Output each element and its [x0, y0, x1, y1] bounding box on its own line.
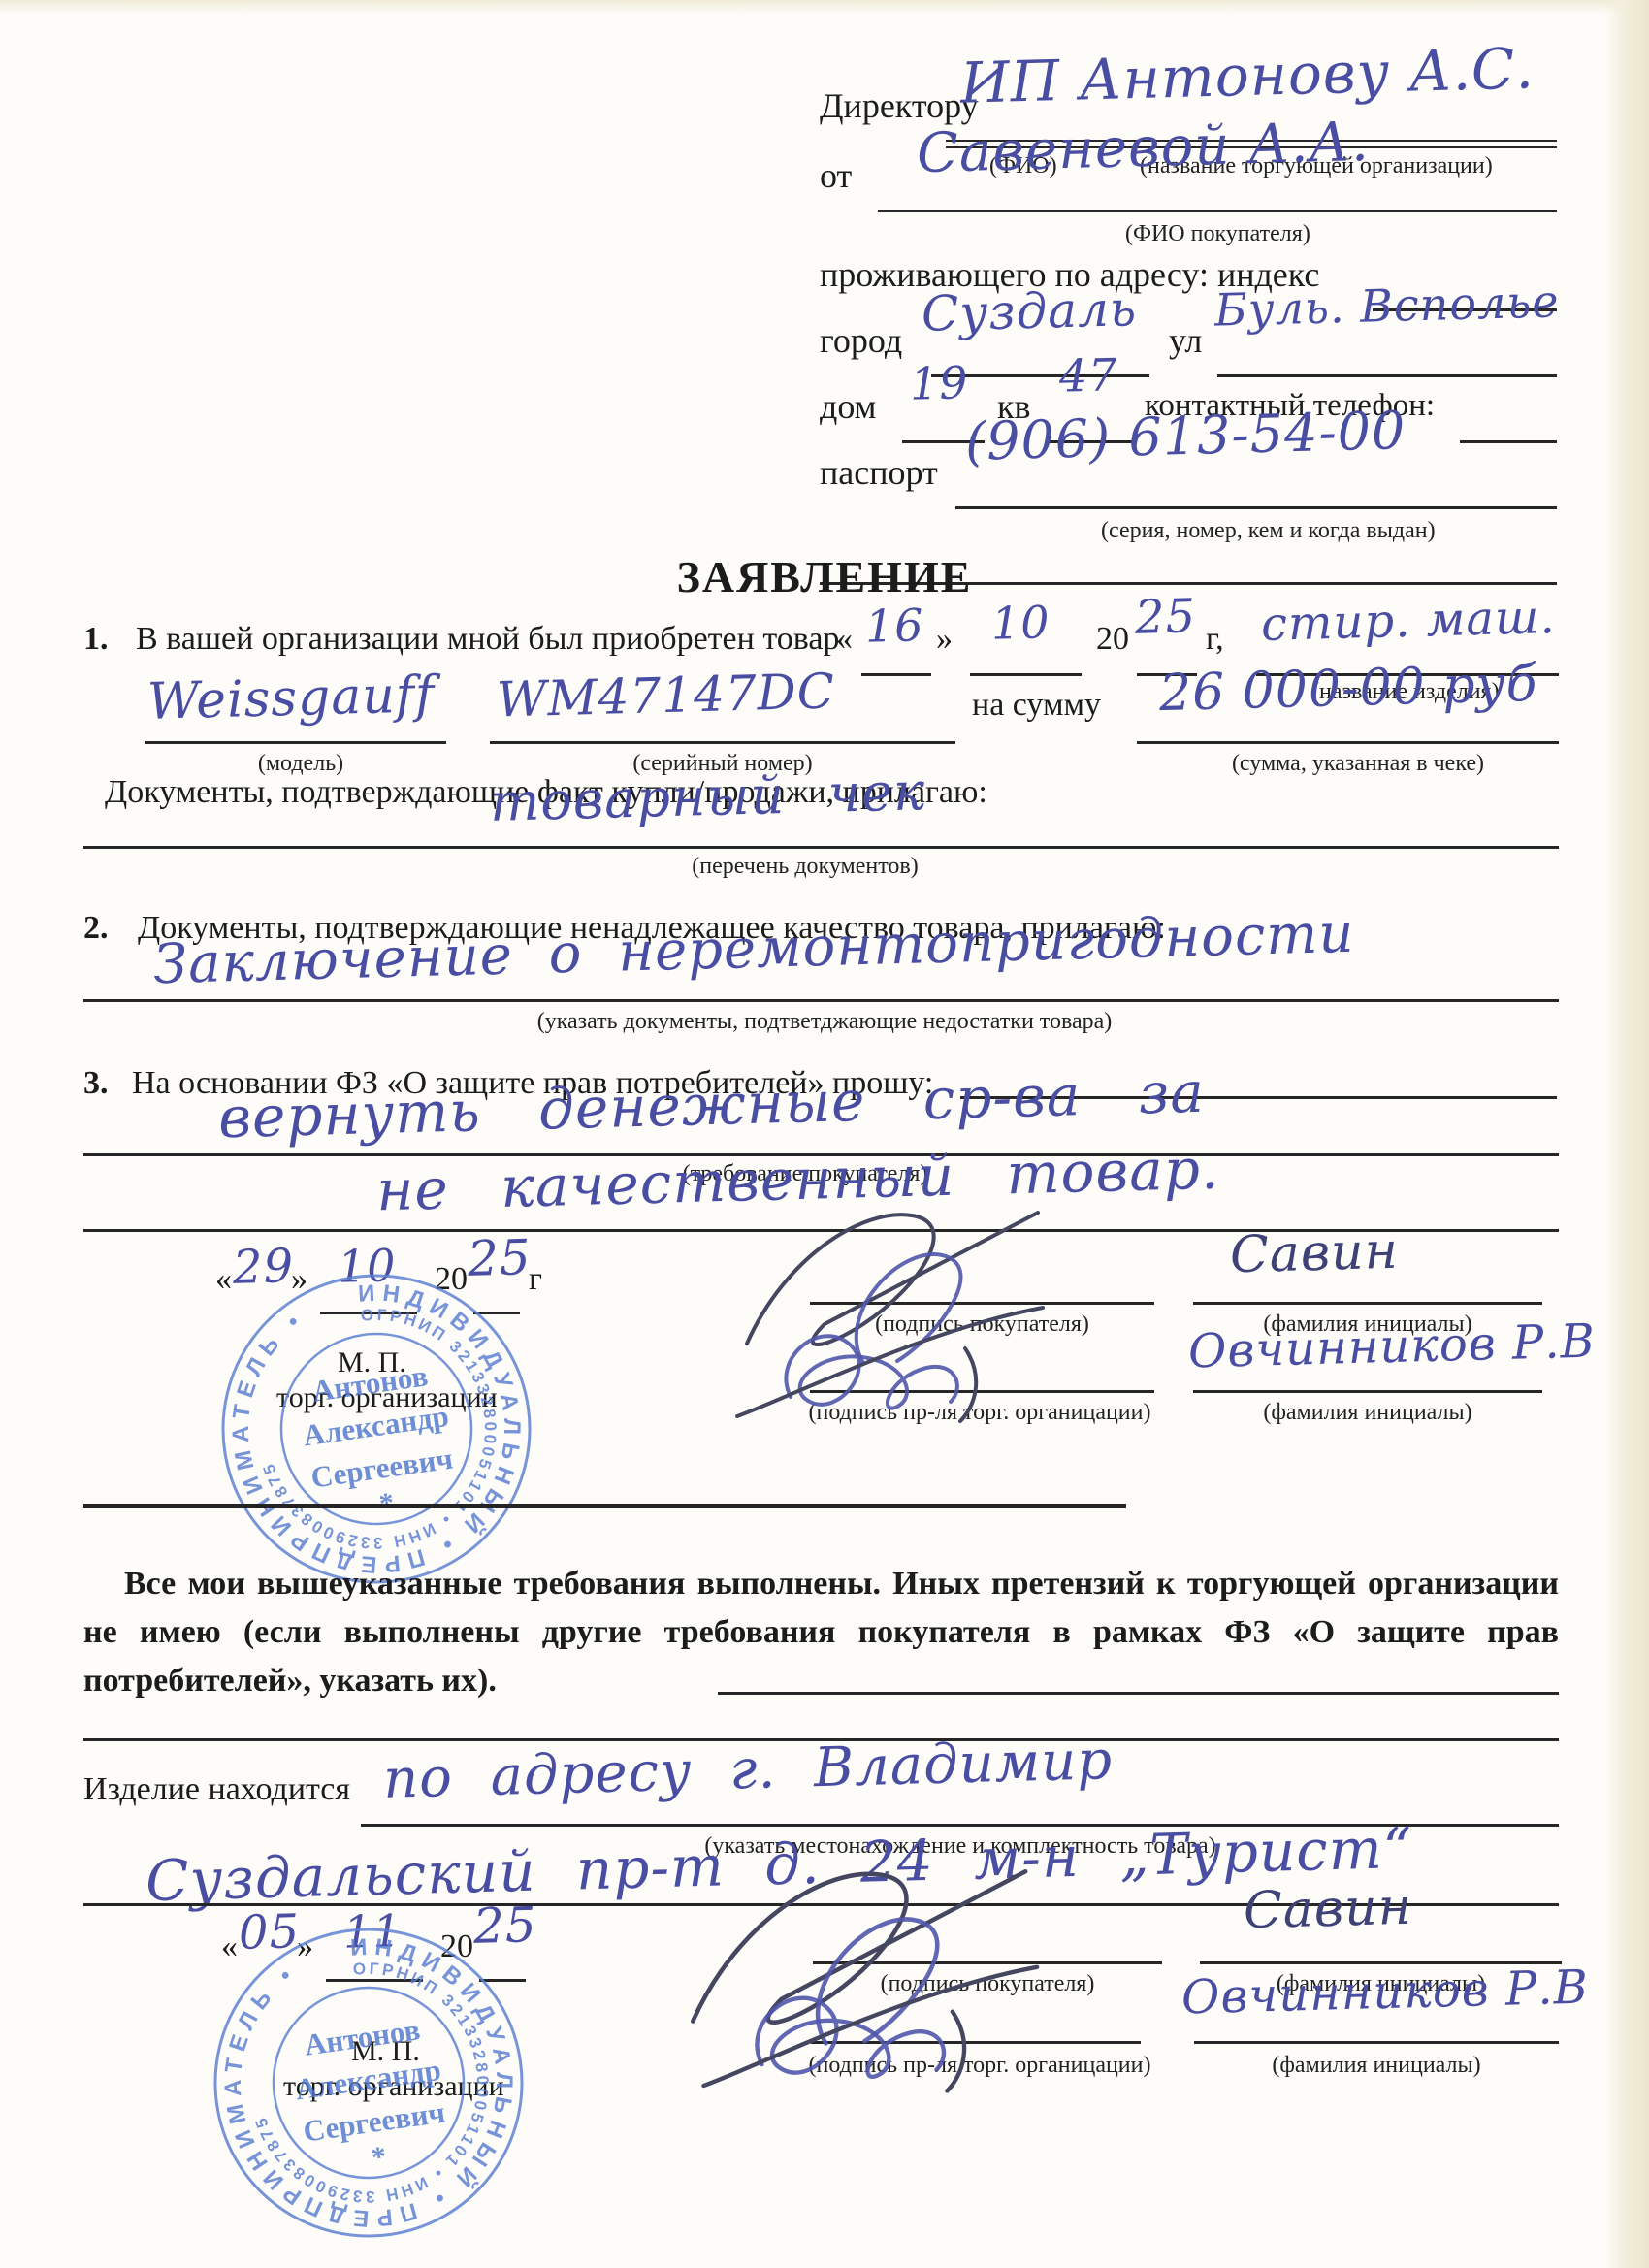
scanned-claim-form: Директору ИП Антонову А.С. (ФИО) (назван…	[0, 0, 1649, 2268]
closing-paragraph: Все мои вышеуказанные требования выполне…	[83, 1560, 1559, 1705]
scan-edge-right	[1604, 0, 1649, 2268]
sign1-year-suffix: г	[529, 1261, 542, 1298]
handwritten-sign1-seller-fam: Овчинников Р.В	[1187, 1314, 1596, 1379]
handwritten-apt: 47	[1058, 348, 1118, 403]
stamp-name-3: Сергеевич	[301, 2095, 446, 2149]
handwritten-day: 16	[864, 599, 924, 653]
passport-sub-label: (серия, номер, кем и когда выдан)	[1101, 518, 1436, 544]
item1-quote-open: «	[836, 621, 853, 658]
model-underline	[145, 741, 446, 744]
stamp-star: *	[370, 2140, 388, 2174]
director-label: Директору	[820, 85, 979, 126]
handwritten-sign1-buyer-fam: Савин	[1229, 1222, 1399, 1285]
from-underline	[878, 210, 1557, 212]
org-stamp-1: ИНДИВИДУАЛЬНЫЙ • ПРЕДПРИНИМАТЕЛЬ • ОГРНИ…	[196, 1248, 558, 1610]
month-underline	[970, 673, 1082, 676]
handwritten-street: Буль. Всполье	[1213, 275, 1560, 336]
stamp-name-1: Антонов	[303, 2012, 423, 2061]
stamp-name-3: Сергеевич	[308, 1442, 454, 1495]
item1-year-prefix: 20	[1096, 621, 1129, 658]
handwritten-sign2-seller-fam: Овчинников Р.В	[1180, 1960, 1589, 2025]
handwritten-phone-number: (906) 613-54-00	[964, 400, 1406, 472]
org-stamp-2: ИНДИВИДУАЛЬНЫЙ • ПРЕДПРИНИМАТЕЛЬ • ОГРНИ…	[188, 1902, 550, 2264]
phone-underline	[1460, 440, 1557, 443]
item2-number: 2.	[83, 910, 109, 947]
handwritten-director: ИП Антонову А.С.	[959, 35, 1535, 115]
passport-underline	[955, 506, 1557, 509]
handwritten-house: 19	[909, 356, 969, 410]
sign2-seller-fam-sub: (фамилия инициалы)	[1194, 2053, 1559, 2079]
model-sub-label: (модель)	[194, 751, 407, 777]
handwritten-year: 25	[1134, 589, 1197, 645]
day-underline	[861, 673, 931, 676]
handwritten-city: Суздаль	[921, 280, 1138, 342]
sign1-seller-fam-sub: (фамилия инициалы)	[1193, 1400, 1542, 1426]
handwritten-product: стир. маш.	[1260, 590, 1556, 652]
city-label: город	[820, 320, 902, 361]
item2-sub-label: (указать документы, подтветджающие недос…	[485, 1009, 1164, 1035]
item1-text: В вашей организации мной был приобретен …	[136, 621, 839, 658]
from-label: от	[820, 155, 852, 196]
buyer-fio-sub-label: (ФИО покупателя)	[1125, 221, 1310, 247]
handwritten-model: Weissgauff	[146, 665, 436, 731]
handwritten-sign2-buyer-fam: Савин	[1243, 1878, 1412, 1941]
street-underline	[1217, 374, 1557, 377]
passport-label: паспорт	[820, 452, 938, 493]
location-label: Изделие находится	[83, 1771, 350, 1808]
sign1-buyer-fam-underline	[1193, 1302, 1542, 1305]
item2-underline	[83, 999, 1559, 1002]
sum-label: на сумму	[972, 687, 1101, 724]
item1-number: 1.	[83, 621, 109, 658]
docs-underline	[83, 846, 1559, 849]
handwritten-docs: товарный чек	[489, 761, 926, 833]
sum-underline	[1137, 741, 1559, 744]
scan-edge-top	[0, 0, 1649, 14]
closing-underline-1	[718, 1692, 1559, 1695]
docs-sub-label: (перечень документов)	[601, 854, 1009, 880]
sign2-seller-fam-underline	[1194, 2041, 1559, 2044]
section-divider	[83, 1504, 1126, 1508]
sign1-seller-fam-underline	[1193, 1390, 1542, 1393]
handwritten-sum: 26 000-00 руб	[1158, 655, 1538, 723]
house-label: дом	[820, 386, 876, 427]
item1-quote-close: »	[936, 621, 953, 658]
handwritten-buyer-name: Савеневой А.А.	[916, 111, 1370, 185]
item1-year-suffix: г,	[1206, 621, 1224, 658]
street-label: ул	[1169, 320, 1202, 361]
handwritten-month: 10	[990, 596, 1051, 650]
sum-sub-label: (сумма, указанная в чеке)	[1154, 751, 1562, 777]
seller-signature-2	[698, 1945, 1048, 2110]
handwritten-serial: WM47147DC	[496, 663, 835, 728]
item3-number: 3.	[83, 1065, 109, 1102]
stamp-name-1: Антонов	[310, 1358, 431, 1408]
serial-underline	[490, 741, 955, 744]
seller-signature	[732, 1290, 1052, 1436]
